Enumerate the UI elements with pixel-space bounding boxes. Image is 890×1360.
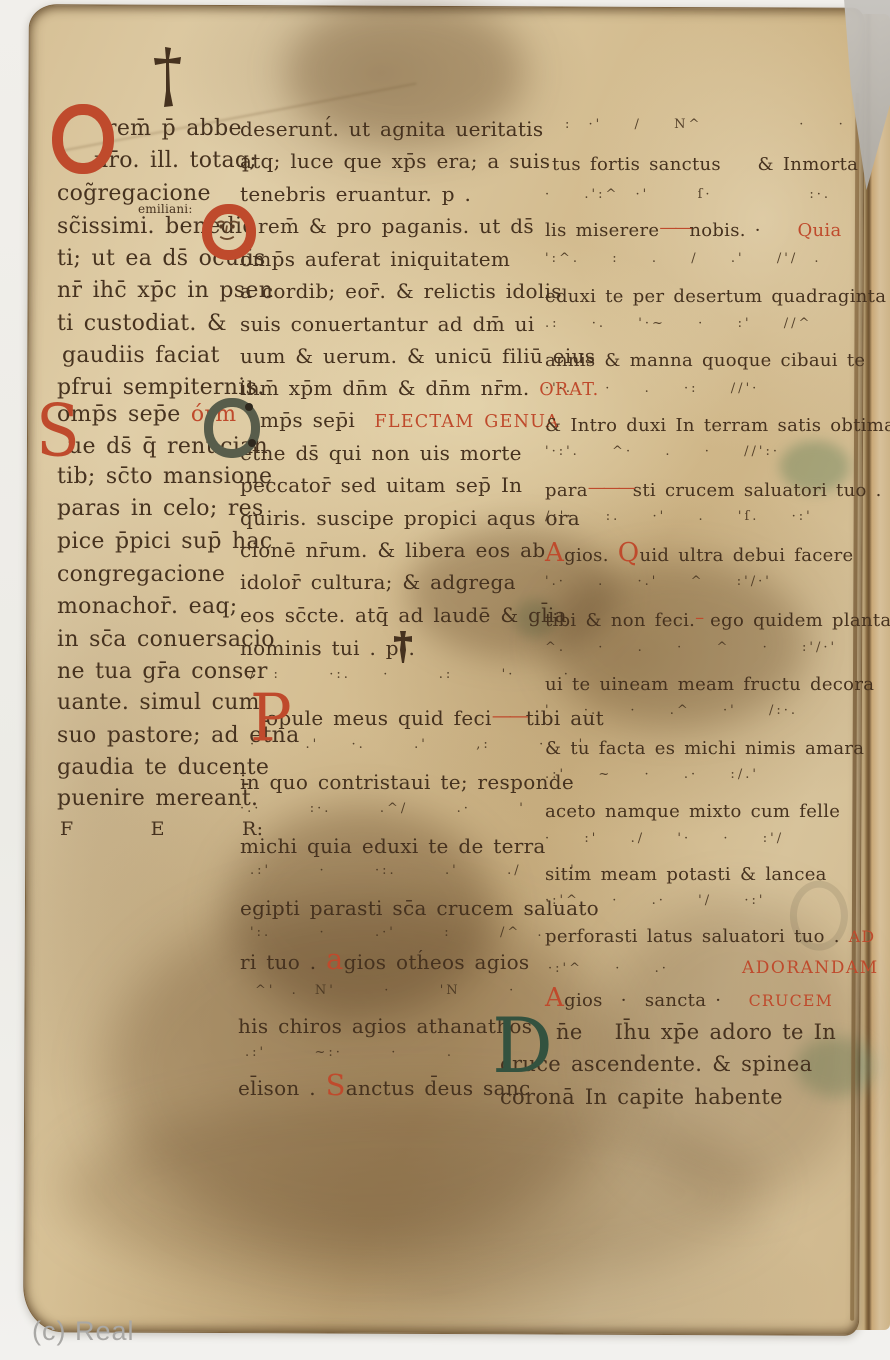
text-line: puenire mereant̄.	[57, 788, 258, 810]
text-line: sitim meam potasti & lancea	[545, 866, 827, 884]
text-run: ^. · . · ^ · :'/·'	[545, 640, 837, 655]
text-line: Agios · sancta · CRUCEM	[545, 992, 833, 1010]
text-run: ui te uineam meam fructu decora	[545, 674, 874, 695]
text-line: atq; luce que xp̄s era; a suis	[240, 151, 550, 171]
text-run: ·:'^ · .·	[548, 961, 669, 976]
neume-line: · :' ./ '· · :'/	[545, 832, 784, 845]
text-run: uid ultra debui facere	[639, 545, 853, 566]
text-run: sitim meam potasti & lancea	[545, 864, 827, 885]
text-run: eos sc̄cte. atq̄ ad laudē & gl̄ia	[240, 603, 567, 627]
text-line: his chiros agios athanathos	[238, 1016, 532, 1036]
text-run: FLECTAM GENUA	[374, 412, 559, 432]
text-line: rem̄ p̄ abbe	[106, 118, 242, 140]
text-line: ui te uineam meam fructu decora	[545, 676, 874, 694]
text-line: idolor̄ cultura; & adgrega	[240, 572, 516, 592]
text-run: / : ·:. · .: '· ·	[250, 667, 571, 682]
neume-line: ^' . N' · 'N ·	[255, 984, 516, 997]
text-run: uum & uerum. & unicū filiū eius	[240, 344, 595, 368]
text-line: & Intro duxi In terram satis obtimam	[545, 417, 890, 435]
text-run: nobis. ·	[689, 220, 797, 241]
text-run: Q	[618, 538, 640, 568]
text-line: monachor̄. eaq;	[57, 596, 237, 618]
neume-line: '·:'. ^· . · //':·	[545, 445, 780, 458]
text-run: tibi & non feci.	[545, 610, 695, 631]
text-run: ·.· :·. .^/ .· '	[240, 801, 526, 816]
initial-o-face	[202, 204, 256, 260]
text-run: ADORANDAM	[742, 958, 879, 978]
text-run: · .':^ ·' ſ· :·.	[545, 187, 831, 202]
neume-line: .:' · ·:. .' ./ '	[250, 864, 577, 877]
text-run: .:' ~ · .· :/.'	[545, 767, 759, 782]
text-line: congregacione	[57, 564, 225, 586]
neume-line: ':^. : . / .' /'/ .	[545, 252, 822, 265]
text-run: paras in celo; res	[57, 496, 264, 521]
text-run: ihm̄ xp̄m dn̄m & dn̄m nr̄m.	[240, 376, 539, 400]
text-run: et̄ne ds̄ qui non uis morte	[240, 441, 522, 465]
initial-p-red: P	[250, 686, 292, 751]
text-run: idolor̄ cultura; & adgrega	[240, 570, 516, 594]
text-run: S	[326, 1068, 346, 1102]
neume-line: .:' ~:· · .	[245, 1046, 454, 1059]
initial-d-green: D	[492, 1008, 553, 1084]
text-run: puenire mereant̄.	[57, 786, 258, 811]
text-run: ':. · .·' : /^ .	[250, 925, 545, 940]
text-line: suis conuertantur ad dm̄ ui	[240, 314, 535, 334]
text-line: pfrui sempiternis.	[57, 377, 265, 399]
text-run: eduxi te per desertum quadraginta	[545, 286, 886, 307]
text-line: uante. simul cum	[57, 692, 260, 714]
text-line: eos sc̄cte. atq̄ ad laudē & gl̄ia	[240, 605, 567, 625]
text-line: tenebris eruantur. p .	[240, 184, 471, 204]
text-line: peccator̄ sed uitam sep̄ In	[240, 475, 522, 495]
neume-line: / : ·:. · .: '· ·	[250, 668, 571, 681]
face-drawing	[210, 212, 244, 248]
text-line: tibi & non feci.– ego quidem planta	[545, 612, 890, 630]
text-cross-icon	[392, 630, 414, 668]
neume-line: .:' ~ · .· :/.'	[545, 768, 759, 781]
text-run: ne tua gr̄a conser	[57, 659, 268, 684]
text-line: ti custodiat. &	[57, 313, 227, 335]
text-run: gaudiis faciat	[62, 343, 220, 368]
text-run: ·'·. · . ·: //'·	[545, 381, 759, 396]
text-line: omp̄s auferat iniquitatem	[240, 249, 510, 269]
text-line: F E R:	[60, 820, 263, 839]
text-run: & Intro duxi In terram satis obtimam	[545, 415, 890, 436]
neume-line: ·.· :·. .^/ .· '	[240, 802, 526, 815]
text-line: Agios. Quid ultra debui facere	[545, 547, 853, 565]
neume-line: ·:'^ · .· '/ ·:'	[545, 894, 765, 907]
text-run: ——	[659, 217, 689, 238]
neume-line: '.· . ·.' ^ :'/·'	[545, 575, 772, 588]
text-run: suis conuertantur ad dm̄ ui	[240, 312, 535, 336]
text-run: ' ·. · .^ ·' /:·.	[545, 703, 798, 718]
text-line: uum & uerum. & unicū filiū eius	[240, 346, 595, 366]
text-run: .: ·. '·~ · :' //^	[545, 316, 812, 331]
text-line: ne tua gr̄a conser	[57, 661, 268, 683]
text-run: monachor̄. eaq;	[57, 594, 237, 619]
text-run: mp̄s sep̄i	[260, 408, 374, 432]
text-run: rem̄ & pro paganis. ut ds̄	[258, 214, 534, 238]
text-run: sti crucem saluatori tuo .	[633, 480, 882, 501]
neume-line: · .':^ ·' ſ· :·.	[545, 188, 831, 201]
text-run: /:'· :. ·' . 'ſ. ·:'	[545, 509, 813, 524]
text-run: ri tuo .	[240, 950, 326, 974]
neume-line: : ·' / N^ · · ſ:. '	[565, 118, 890, 131]
text-line: para———sti crucem saluatori tuo .	[545, 482, 882, 500]
text-run: : ·' / N^ · · ſ:. '	[565, 117, 890, 132]
neume-line: ' ·. · .^ ·' /:·.	[545, 704, 798, 717]
text-line: n̄e Ih̄u xp̄e adoro te In	[556, 1022, 836, 1043]
neume-line: .: ·. '·~ · :' //^	[545, 317, 812, 330]
text-run: gios.	[564, 545, 618, 566]
text-run: AD	[849, 927, 876, 946]
text-run: his chiros agios athanathos	[238, 1014, 532, 1038]
text-run: ·:'^ · .· '/ ·:'	[545, 893, 765, 908]
text-run: · .' ·. .' ,: · '	[250, 737, 585, 752]
text-run: · sancta ·	[603, 990, 749, 1011]
text-run: pfrui sempiternis.	[57, 375, 265, 400]
text-run: '·:'. ^· . · //':·	[545, 444, 780, 459]
text-run: ^' . N' · 'N ·	[255, 983, 516, 998]
text-run: nominis tui . p .	[240, 636, 415, 660]
text-run: tus fortis sanctus & Inmorta	[552, 154, 858, 175]
text-run: Quia	[797, 220, 841, 241]
text-run: A	[545, 538, 564, 568]
text-run: & tu facta es michi nimis amara	[545, 738, 864, 759]
text-line: cionē nr̄um. & libera eos ab	[240, 540, 545, 560]
text-line: lis miserere——nobis. · Quia	[545, 222, 841, 240]
text-line: paras in celo; res	[57, 498, 264, 520]
text-run: ———	[588, 477, 633, 498]
photo-scene: rem̄ p̄ abbenr̄o. ill. totaq;cog̃regacio…	[0, 0, 890, 1360]
text-line: quiris. suscipe propici aqus ora	[240, 508, 580, 528]
initial-o-dark	[204, 398, 260, 458]
text-run: ——	[492, 703, 526, 727]
text-run: '.· . ·.' ^ :'/·'	[545, 574, 772, 589]
text-line: michi quia eduxi te de terra	[240, 836, 546, 856]
text-line: rem̄ & pro paganis. ut ds̄	[258, 216, 534, 236]
text-run: a cordib; eor̄. & relictis idolis	[240, 279, 562, 303]
text-line: et̄ne ds̄ qui non uis morte	[240, 443, 522, 463]
initial-s-red: S	[36, 396, 80, 468]
text-run: quiris. suscipe propici aqus ora	[240, 506, 580, 530]
neume-line: ^. · . · ^ · :'/·'	[545, 641, 837, 654]
text-run: in quo contristaui te; responde	[240, 770, 574, 794]
text-line: nominis tui . p .	[240, 638, 415, 658]
text-line: mp̄s sep̄i FLECTAM GENUA	[260, 410, 560, 432]
ink-layer: rem̄ p̄ abbenr̄o. ill. totaq;cog̃regacio…	[0, 0, 890, 1360]
text-line: ri tuo . agios oth́eos agios	[240, 952, 530, 972]
text-line: annis & manna quoque cibaui te	[545, 352, 865, 370]
text-run: · :' ./ '· · :'/	[545, 831, 784, 846]
text-run: .:' ~:· · .	[245, 1045, 454, 1060]
text-line: eduxi te per desertum quadraginta	[545, 288, 886, 306]
text-run: el̄ison .	[238, 1076, 326, 1100]
text-line: coronā In capite habente	[500, 1087, 783, 1108]
text-run: rem̄ p̄ abbe	[106, 116, 242, 141]
text-line: gaudia te ducente	[57, 757, 269, 779]
text-run: congregacione	[57, 562, 225, 587]
text-line: gaudiis faciat	[62, 345, 220, 367]
copyright-watermark: (c) Real	[32, 1316, 135, 1347]
text-line: tus fortis sanctus & Inmorta	[552, 156, 858, 174]
text-line: a cordib; eor̄. & relictis idolis	[240, 281, 562, 301]
text-run: nr̄o. ill. totaq;	[94, 148, 257, 173]
neume-line: ':. · .·' : /^ .	[250, 926, 545, 939]
neume-line: ·'·. · . ·: //'·	[545, 382, 759, 395]
text-run: aceto namque mixto cum felle	[545, 801, 840, 822]
text-line: deserunt́. ut agnita ueritatis	[240, 119, 543, 139]
text-run: atq; luce que xp̄s era; a suis	[240, 149, 550, 173]
text-line: aceto namque mixto cum felle	[545, 803, 840, 821]
text-run: para	[545, 480, 588, 501]
text-run: gios oth́eos agios	[344, 950, 530, 974]
text-run: annis & manna quoque cibaui te	[545, 350, 865, 371]
processional-cross-icon	[150, 44, 184, 114]
text-line: nr̄o. ill. totaq;	[94, 150, 257, 172]
neume-line: · .' ·. .' ,: · '	[250, 738, 585, 751]
neume-line: ·:'^ · .·	[548, 962, 669, 975]
text-run: a	[326, 942, 344, 976]
text-run: CRUCEM	[749, 991, 833, 1010]
text-line: perforasti latus saluatori tuo . AD	[545, 928, 875, 946]
text-run: ti custodiat. &	[57, 311, 227, 336]
text-run: omp̄s auferat iniquitatem	[240, 247, 510, 271]
text-run: deserunt́. ut agnita ueritatis	[240, 117, 543, 141]
rubric-line: ADORANDAM	[742, 960, 879, 977]
text-line: el̄ison . Sanctus d̄eus sanc	[238, 1078, 531, 1098]
text-run: tenebris eruantur. p .	[240, 182, 471, 206]
text-run: michi quia eduxi te de terra	[240, 834, 546, 858]
neume-line: /:'· :. ·' . 'ſ. ·:'	[545, 510, 813, 523]
text-run: –	[695, 607, 701, 628]
text-run: peccator̄ sed uitam sep̄ In	[240, 473, 522, 497]
text-run: F E R:	[60, 818, 263, 840]
initial-o-red	[52, 104, 114, 174]
text-run: lis miserere	[545, 220, 659, 241]
text-run: ego quidem planta	[701, 610, 890, 631]
text-run: gaudia te ducente	[57, 755, 269, 780]
text-line: in quo contristaui te; responde	[240, 772, 574, 792]
text-run: opule meus quid feci	[266, 706, 492, 730]
text-line: & tu facta es michi nimis amara	[545, 740, 864, 758]
text-run: n̄e Ih̄u xp̄e adoro te In	[556, 1020, 836, 1044]
text-run: .:' · ·:. .' ./ '	[250, 863, 577, 878]
text-run: perforasti latus saluatori tuo .	[545, 926, 849, 947]
text-run: cionē nr̄um. & libera eos ab	[240, 538, 545, 562]
text-run: uante. simul cum	[57, 690, 260, 715]
text-run: ':^. : . / .' /'/ .	[545, 251, 822, 266]
text-run: gios	[564, 990, 603, 1011]
